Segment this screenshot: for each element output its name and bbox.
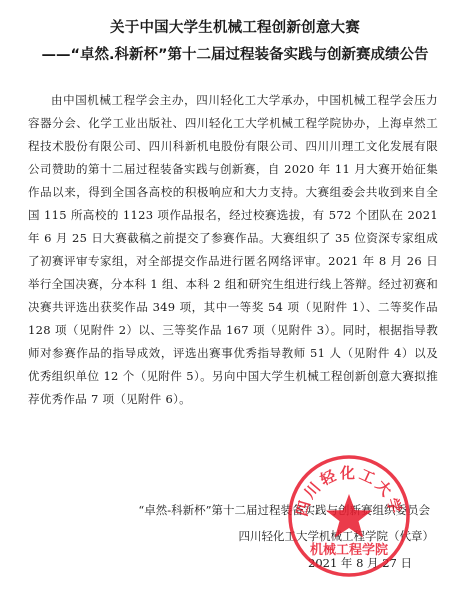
document-subtitle: ——“卓然.科新杯”第十二届过程装备实践与创新赛成绩公告 [0,43,470,64]
signature-committee: “卓然-科新杯”第十二届过程装备实践与创新赛组织委员会 [138,502,430,518]
signature-date: 2021 年 8 月 27 日 [308,555,412,571]
signature-organization: 四川轻化工大学机械工程学院（代章） [239,528,435,544]
announcement-body: 由中国机械工程学会主办，四川轻化工大学承办，中国机械工程学会压力容器分会、化学工… [28,89,438,411]
document-title: 关于中国大学生机械工程创新创意大赛 [0,16,470,37]
